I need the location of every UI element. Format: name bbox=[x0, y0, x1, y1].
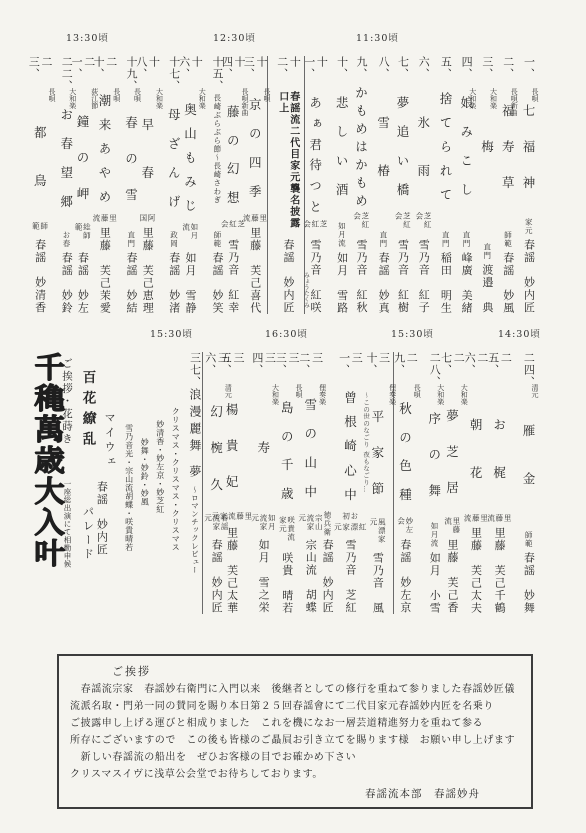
title-char: 四 bbox=[248, 156, 262, 169]
program-block-morning: 長唄一、七福神家元春謡 妙内匠長唄新曲二、福寿草師範春謡 妙風大和楽三、梅直門渡… bbox=[30, 56, 535, 314]
finale-column: 妙舞・妙鈴・妙風 bbox=[139, 352, 148, 700]
affiliation-label: お春 bbox=[62, 231, 70, 248]
title-char: 椀 bbox=[209, 441, 223, 454]
item-title: お春望郷 bbox=[59, 92, 73, 224]
affiliation-label: 里藤流 bbox=[486, 514, 511, 523]
title-char: 都 bbox=[32, 126, 46, 139]
performer-group: 師範春謡 妙笑 bbox=[210, 231, 223, 315]
item-title: 浪漫麗舞 夢 bbox=[188, 388, 201, 482]
genre-tag: 長唄新曲 bbox=[241, 88, 248, 116]
title-char: 春 bbox=[124, 116, 138, 129]
performer-name: 如月 雪路 bbox=[335, 252, 348, 315]
performer-group: 師範春謡 妙清香 bbox=[31, 222, 48, 314]
genre-tag: 荻江節 bbox=[90, 88, 97, 109]
genre-tag: 長唄 bbox=[133, 88, 140, 102]
program-item: 三五、楊貴妃里藤流家元里藤 芙己太華 bbox=[230, 352, 252, 614]
program-item: 大和楽十六、奥山もみじ如月流如月 雪静 bbox=[180, 56, 202, 314]
program-item: 七、夢追い橋芝紅会雪乃音 紅樹 bbox=[390, 56, 411, 314]
greeting-signature: 春謡流本部 春謡妙舟 bbox=[70, 786, 520, 801]
title-char: て bbox=[438, 188, 452, 201]
item-title: 朝花 bbox=[468, 382, 482, 514]
item-number: 三、 bbox=[480, 56, 493, 80]
affiliation-label: 如月流 bbox=[430, 522, 438, 548]
title-char: 根 bbox=[343, 415, 357, 428]
performer-group: 阿国里藤 芙己恵理 bbox=[139, 214, 156, 314]
performer-name: 春謡 妙鈴 bbox=[60, 252, 73, 315]
performer-group: 家元春謡 妙内匠 bbox=[522, 218, 535, 314]
title-char: し bbox=[334, 125, 348, 138]
performer-name: 如月 小雪 bbox=[428, 552, 441, 615]
affiliation-label: 如月流家元 bbox=[250, 514, 275, 535]
title-char: 椿 bbox=[376, 164, 390, 177]
title-char: ぁ bbox=[308, 117, 322, 130]
genre-tag: 大和楽 bbox=[460, 384, 467, 405]
affiliation-label: 直門 bbox=[441, 231, 449, 248]
item-title: 夢芝居 bbox=[445, 385, 459, 517]
title-char: の bbox=[226, 134, 240, 147]
performer-name: 春謡 妙笑 bbox=[210, 252, 223, 315]
title-char: の bbox=[280, 430, 294, 443]
finale-column: 雪乃音光・宗山流胡蝶・咲貴晴若 bbox=[124, 352, 133, 686]
performer-group: 芝紅会雪乃音 紅樹 bbox=[394, 212, 411, 314]
title-char: 京 bbox=[248, 98, 262, 111]
performer-name: 春謡 妙左京 bbox=[398, 539, 411, 614]
item-title: 幻椀久 bbox=[209, 382, 223, 514]
timestamp: 13:30頃 bbox=[66, 30, 109, 44]
item-number: 八、 bbox=[376, 56, 389, 80]
affiliation-label: 阿国 bbox=[139, 214, 156, 223]
furigana: みょうたくみ bbox=[301, 272, 310, 308]
performer-name: 里藤 芙己太夫 bbox=[469, 527, 482, 615]
title-char: め bbox=[354, 122, 368, 135]
title-char: の bbox=[398, 431, 412, 444]
finale-column: 三七、浪漫麗舞 夢〜ロマンチックレビュー bbox=[188, 352, 201, 614]
affiliation-label: 里藤流 bbox=[92, 214, 117, 223]
timestamp: 14:30頃 bbox=[498, 326, 541, 340]
affiliation-label: 師範 bbox=[31, 222, 48, 235]
title-char: 久 bbox=[209, 478, 223, 491]
performer-name: 春謡 妙舞 bbox=[522, 552, 535, 615]
title-char: 奥 bbox=[183, 103, 197, 116]
title-char: ら bbox=[438, 140, 452, 153]
item-number: 十二、 bbox=[275, 56, 300, 89]
affiliation-label: 直門 bbox=[462, 231, 470, 248]
item-number: 十一、 bbox=[302, 56, 327, 88]
performer-group: お初紅漂家元雪乃音 芝紅 bbox=[333, 512, 366, 614]
performer-group: 直門峰廣 美緒 bbox=[460, 231, 473, 315]
item-number: 三三、 bbox=[274, 352, 299, 384]
item-number: 三一、 bbox=[337, 352, 362, 380]
timestamp: 15:30頃 bbox=[150, 326, 193, 340]
title-char: 郷 bbox=[59, 195, 73, 208]
finale-cast-column: 妙舞・妙鈴・妙風 bbox=[134, 352, 148, 614]
item-number: 二四、 bbox=[522, 352, 535, 388]
title-char: 芝 bbox=[445, 445, 459, 458]
title-char: 雪 bbox=[376, 116, 390, 129]
greeting-box: ご挨拶 春謡流宗家 春謡妙右衛門に入門以来 後継者としての修行を重ねて参りました… bbox=[57, 654, 533, 809]
title-subtitle: 〜ロマンチックレビュー bbox=[190, 486, 198, 574]
item-title: 序の舞 bbox=[427, 388, 441, 520]
title-char: 中 bbox=[303, 485, 317, 498]
affiliation-label: 如月流 bbox=[337, 222, 345, 248]
program-item: 大和楽三四、寿如月流家元如月 雪之栄 bbox=[253, 352, 275, 614]
item-title: 寿 bbox=[256, 382, 270, 514]
genre-tag: 長唄 bbox=[48, 88, 55, 102]
title-char: 神 bbox=[521, 176, 535, 189]
title-char: 雪 bbox=[124, 188, 138, 201]
greeting-heading: ご挨拶 bbox=[112, 663, 520, 679]
finale-myway-column: マイウェイ春謡 妙内匠 bbox=[99, 352, 117, 614]
greeting-line: 新しい春謡流の船出を ぜひお客様の目でお確かめ下さい bbox=[70, 749, 520, 766]
affiliation-label: 芝紅会 bbox=[352, 212, 369, 235]
cast-names: 妙舞・妙鈴・妙風 bbox=[139, 438, 148, 506]
finale-parade-column: 百花繚乱パレード bbox=[77, 352, 98, 614]
item-title: 百花繚乱 bbox=[78, 370, 98, 452]
item-title: 雪椿 bbox=[376, 80, 390, 212]
title-char: 草 bbox=[500, 176, 514, 189]
performer-group: 風漂家元雪乃音 風 bbox=[369, 518, 386, 614]
program-item: 二五、お梶里藤流里藤 芙己千鶴 bbox=[489, 352, 511, 614]
item-number: 三六、 bbox=[203, 352, 228, 382]
title-char: 種 bbox=[398, 488, 412, 501]
performer-name: 稲田 明生 bbox=[439, 252, 452, 315]
title-char: 福 bbox=[521, 140, 535, 153]
item-title: お梶 bbox=[492, 382, 506, 514]
title-char: も bbox=[354, 176, 368, 189]
item-number: 二七、 bbox=[439, 352, 464, 385]
item-title: 春の雪 bbox=[124, 92, 138, 224]
performer-group: 直門稲田 明生 bbox=[439, 231, 452, 315]
item-title: 潮来あやめ bbox=[97, 82, 111, 214]
item-number: 二一、 bbox=[69, 56, 94, 91]
title-char: か bbox=[354, 158, 368, 171]
greeting-line: 所存にございますので この後も皆様のご贔屓お引き立てを賜ります様 お願い申し上げ… bbox=[70, 732, 520, 749]
performer-name: 渡邉 典 bbox=[480, 264, 493, 314]
item-title: 氷雨 bbox=[416, 80, 430, 212]
program-item: 俚奏楽三十、平家節風漂家元雪乃音 風 bbox=[368, 352, 394, 614]
title-char: 橋 bbox=[395, 183, 409, 196]
program-item: 五、捨てられて直門稲田 明生 bbox=[431, 56, 452, 314]
title-char: 待 bbox=[308, 158, 322, 171]
item-title: 平家節 bbox=[370, 386, 384, 518]
genre-tag: 大和楽 bbox=[68, 88, 75, 109]
performer-name: 雪乃音 紅子 bbox=[417, 239, 430, 314]
performer-group: 直門春謡 妙結 bbox=[124, 231, 137, 315]
genre-tag: 長唄 bbox=[263, 88, 270, 102]
program-block-afternoon: 清元二四、雁金師範春謡 妙舞二五、お梶里藤流里藤 芙己千鶴二六、朝花里藤流里藤 … bbox=[55, 352, 535, 614]
genre-tag: 大和楽 bbox=[155, 88, 162, 109]
item-title: 都鳥 bbox=[32, 90, 46, 222]
item-number: 一、 bbox=[522, 56, 535, 80]
title-char: あ bbox=[308, 96, 322, 109]
title-char: 捨 bbox=[438, 92, 452, 105]
program-item: 六、氷雨芝紅会雪乃音 紅子 bbox=[410, 56, 431, 314]
genre-tag: 清元 bbox=[531, 384, 538, 398]
title-char: 雨 bbox=[416, 164, 430, 177]
timestamp: 15:30頃 bbox=[391, 326, 434, 340]
title-char: 歳 bbox=[280, 487, 294, 500]
title-char: の bbox=[75, 151, 89, 164]
title-char: め bbox=[354, 194, 368, 207]
item-number: 二八、 bbox=[428, 352, 441, 388]
title-char: 幻 bbox=[209, 405, 223, 418]
performer-name: 春謡 妙清香 bbox=[33, 239, 46, 314]
performer-group: 如月流如月 小雪 bbox=[428, 522, 441, 614]
title-char: 鐘 bbox=[75, 115, 89, 128]
finale-column: 百花繚乱パレード bbox=[78, 352, 98, 614]
performer-name: 如月 雪静 bbox=[183, 252, 196, 315]
performer-name: 宗山流 胡蝶 bbox=[304, 539, 317, 614]
title-char: つ bbox=[308, 179, 322, 192]
performer-name: 春謡 妙左 bbox=[76, 252, 89, 315]
performer-name: 里藤 芙己千鶴 bbox=[492, 527, 505, 615]
title-char: お bbox=[492, 418, 506, 431]
affiliation-label: 里藤流 bbox=[463, 514, 488, 523]
item-title: 母ざんげ bbox=[167, 92, 181, 224]
title-char: の bbox=[248, 127, 262, 140]
item-column: 十七、母ざんげ政岡春謡 妙渚 bbox=[167, 56, 181, 314]
title-char: 島 bbox=[280, 401, 294, 414]
genre-tag: 長唄 bbox=[413, 384, 420, 398]
performer-group: 如月流如月 雪静 bbox=[181, 223, 198, 314]
item-title: 雁金 bbox=[521, 388, 535, 520]
title-char: 色 bbox=[398, 459, 412, 472]
item-title: かもめはかもめ bbox=[354, 80, 368, 212]
program-item: 清元二四、雁金師範春謡 妙舞 bbox=[513, 352, 535, 614]
title-char: の bbox=[303, 427, 317, 440]
item-number: 十六、 bbox=[177, 56, 202, 91]
item-subtitle: パレード bbox=[80, 506, 96, 562]
title-char: て bbox=[438, 116, 452, 129]
program-item: 大和楽四、娘みこし直門峰廣 美緒 bbox=[452, 56, 473, 314]
item-column: 七、夢追い橋芝紅会雪乃音 紅樹 bbox=[394, 56, 411, 314]
title-char: 心 bbox=[343, 464, 357, 477]
title-char: 鳥 bbox=[32, 174, 46, 187]
title-char: 朝 bbox=[468, 418, 482, 431]
item-number: 三二、 bbox=[297, 352, 322, 382]
title-char: こ bbox=[459, 154, 473, 167]
title-char: 曾 bbox=[343, 391, 357, 404]
performer-name: 春謡 妙渚 bbox=[167, 252, 180, 315]
program-item: 八、雪椿直門春謡 妙真 bbox=[369, 56, 390, 314]
title-char: れ bbox=[438, 164, 452, 177]
performer-group: 師範春謡 妙舞 bbox=[522, 531, 535, 615]
title-char: み bbox=[183, 175, 197, 188]
program-item: 清元三六、幻椀久春謡流家元春謡 妙内匠 bbox=[202, 352, 228, 614]
performer-name: 里藤 芙己香 bbox=[445, 539, 458, 614]
item-column: 二五、お梶里藤流里藤 芙己千鶴 bbox=[486, 352, 511, 614]
program-item: 大和楽二八、序の舞如月流如月 小雪 bbox=[419, 352, 441, 614]
title-char: 花 bbox=[468, 466, 482, 479]
title-char: し bbox=[459, 183, 473, 196]
title-char: 七 bbox=[521, 104, 535, 117]
item-title: 曾根崎心中 bbox=[343, 380, 357, 512]
title-char: の bbox=[124, 152, 138, 165]
item-column: 八、雪椿直門春謡 妙真 bbox=[376, 56, 390, 314]
recital-program-page: 13:30頃 12:30頃 11:30頃 15:30頃 16:30頃 15:30… bbox=[0, 0, 586, 833]
title-char: 雪 bbox=[303, 398, 317, 411]
title-char: 季 bbox=[248, 185, 262, 198]
title-char: ん bbox=[167, 166, 181, 179]
item-column: 十五、長崎ぶらぶら節〜長崎さわぎ師範春謡 妙笑 bbox=[210, 56, 223, 314]
title-char: か bbox=[354, 86, 368, 99]
title-char: 母 bbox=[167, 108, 181, 121]
item-number: 十五、 bbox=[210, 56, 223, 92]
genre-tag: 大和楽 bbox=[468, 88, 475, 109]
calligraphy-banner: 千穐萬歳大入叶 bbox=[27, 352, 70, 569]
item-column: 五、捨てられて直門稲田 明生 bbox=[438, 56, 452, 314]
title-char: 梶 bbox=[492, 466, 506, 479]
title-char: 千 bbox=[280, 458, 294, 471]
title-char: も bbox=[354, 104, 368, 117]
affiliation-label: 宗山流家元 bbox=[298, 514, 323, 535]
title-char: や bbox=[97, 166, 111, 179]
item-title: 夢追い橋 bbox=[395, 80, 409, 212]
performer-group: 咲貴流家元咲貴 晴若 bbox=[278, 516, 295, 614]
program-item: 大和楽二七、夢芝居里藤流里藤 芙己香 bbox=[442, 352, 464, 614]
cast-names: 妙清香・妙左京・妙芝紅 bbox=[155, 420, 164, 514]
performer-group: 里藤流里藤 芙己茉愛 bbox=[92, 214, 117, 314]
title-char: 家 bbox=[370, 446, 384, 459]
title-char: 幻 bbox=[226, 162, 240, 175]
performer-group: 里藤流里藤 芙己喜代 bbox=[242, 214, 267, 314]
item-number: 三七、 bbox=[188, 352, 201, 388]
performer-name: 里藤 芙己恵理 bbox=[141, 227, 154, 315]
title-char: み bbox=[459, 125, 473, 138]
performer-name: 雪乃音 紅幸 bbox=[226, 239, 239, 314]
affiliation-label: 師範 bbox=[213, 231, 221, 248]
title-char: 春 bbox=[140, 166, 154, 179]
item-number: 二五、 bbox=[486, 352, 511, 382]
item-title: 秋の色種 bbox=[398, 385, 412, 517]
performer-group: 如月流家元如月 雪之栄 bbox=[250, 514, 275, 614]
title-char: 君 bbox=[308, 138, 322, 151]
performer-name: 如月 雪之栄 bbox=[257, 539, 270, 614]
item-number: 十七、 bbox=[167, 56, 180, 92]
performer-name: 春謡 妙真 bbox=[376, 252, 389, 315]
program-item: 長唄二九、秋の色種妙左会春謡 妙左京 bbox=[395, 352, 417, 614]
title-char: 岬 bbox=[75, 187, 89, 200]
program-item: 長唄二三、都鳥師範春謡 妙清香 bbox=[30, 56, 52, 314]
genre-tag: 長唄新曲 bbox=[510, 88, 517, 116]
performer-group: 妙左会春謡 妙左京 bbox=[396, 517, 413, 614]
title-char: あ bbox=[97, 142, 111, 155]
performer-group: 春謡流家元春謡 妙内匠 bbox=[203, 514, 228, 614]
affiliation-label: 妙左会 bbox=[396, 517, 413, 535]
performer-name: 春謡 妙結 bbox=[124, 252, 137, 315]
genre-tag: 長唄 bbox=[112, 88, 119, 102]
performer-name: 春謡 妙内匠 bbox=[281, 239, 294, 314]
genre-tag: 大和楽 bbox=[198, 88, 205, 109]
performer-name: 雪乃音 紅秋 bbox=[354, 239, 367, 314]
performer-group: 春謡 妙内匠 bbox=[281, 239, 294, 314]
program-item: 十、悲しい酒如月流如月 雪路 bbox=[327, 56, 348, 314]
performer-name: 雪乃音 風 bbox=[371, 552, 384, 615]
program-item: 〜この世のなごり 夜もなごり…三一、曾根崎心中お初紅漂家元雪乃音 芝紅徳兵衛春謡… bbox=[324, 352, 366, 614]
genre-tag: 大和楽 bbox=[436, 384, 443, 405]
title-char: 寿 bbox=[256, 441, 270, 454]
item-column: 九、かもめはかもめ芝紅会雪乃音 紅秋 bbox=[352, 56, 369, 314]
performer-name: 雪乃音 芝紅 bbox=[343, 539, 356, 614]
finale-column: 妙清香・妙左京・妙芝紅 bbox=[155, 352, 164, 682]
title-char: 追 bbox=[395, 125, 409, 138]
affiliation-label: 総師範 bbox=[74, 223, 91, 247]
title-char: げ bbox=[167, 195, 181, 208]
item-number: 五、 bbox=[439, 56, 452, 80]
performer-name: 春謡 妙内匠 bbox=[522, 239, 535, 314]
performer-group: 直門春謡 妙真 bbox=[376, 231, 389, 315]
affiliation-label: 如月流 bbox=[181, 223, 198, 247]
performer-group: 直門渡邉 典 bbox=[480, 243, 493, 314]
performer-group: 芝紅会雪乃音 紅子 bbox=[415, 212, 432, 314]
cast-names: 雪乃音光・宗山流胡蝶・咲貴晴若 bbox=[124, 424, 133, 552]
affiliation-label: 師範 bbox=[503, 231, 511, 248]
title-char: 寿 bbox=[500, 140, 514, 153]
title-char: い bbox=[395, 154, 409, 167]
item-title: 島の千歳 bbox=[280, 384, 294, 516]
affiliation-label: 芝紅会 bbox=[394, 212, 411, 235]
greeting-body: 春謡流宗家 春謡妙右衛門に入門以来 後継者としての修行を重ねて参りました春謡妙匠… bbox=[70, 681, 520, 783]
timestamp: 16:30頃 bbox=[265, 326, 308, 340]
title-char: 氷 bbox=[416, 116, 430, 129]
item-number: 二、 bbox=[501, 56, 514, 80]
title-char: 潮 bbox=[97, 94, 111, 107]
genre-tag: 大和楽 bbox=[489, 88, 496, 109]
finale-column: クリスマス・クリスマス・クリスマス bbox=[170, 352, 179, 669]
genre-tag: 長唄 bbox=[531, 88, 538, 102]
item-number: 二六、 bbox=[463, 352, 488, 382]
genre-tag: 長唄 bbox=[295, 384, 302, 398]
title-char: 酒 bbox=[334, 183, 348, 196]
program-item: 長唄三三、島の千歳咲貴流家元咲貴 晴若 bbox=[277, 352, 299, 614]
item-number: 二九、 bbox=[392, 352, 417, 385]
performer-group: 里藤流里藤 芙己香 bbox=[443, 517, 460, 614]
title-char: 藤 bbox=[226, 105, 240, 118]
item-title: 奥山もみじ bbox=[183, 91, 197, 223]
item-number: 九、 bbox=[354, 56, 367, 80]
program-item: 九、かもめはかもめ芝紅会雪乃音 紅秋 bbox=[348, 56, 369, 314]
performer-name: 春謡 妙内匠 bbox=[209, 539, 222, 614]
affiliation-label: 紅漂家元 bbox=[333, 523, 366, 535]
item-title: 捨てられて bbox=[438, 80, 452, 212]
genre-tag: 大和楽 bbox=[271, 384, 278, 405]
role-label: お初 bbox=[341, 512, 358, 521]
timestamp: 12:30頃 bbox=[213, 30, 256, 44]
title-char: と bbox=[308, 200, 322, 213]
item-title: 早春 bbox=[140, 82, 154, 214]
item-title: 京の四季 bbox=[248, 82, 262, 214]
performer-group: お春春謡 妙鈴 bbox=[60, 231, 73, 315]
performer-group: 師範春謡 妙風 bbox=[501, 231, 514, 315]
affiliation-label: 芝紅会 bbox=[415, 212, 432, 235]
item-number: 三十、 bbox=[364, 352, 389, 386]
item-number: 三四、 bbox=[250, 352, 275, 382]
title-char: 春 bbox=[59, 137, 73, 150]
item-number: 四、 bbox=[460, 56, 473, 80]
affiliation-label: 芝紅会 bbox=[220, 220, 245, 235]
title-char: 金 bbox=[521, 472, 535, 485]
item-number: 十、 bbox=[335, 56, 348, 80]
item-number: 二三、 bbox=[27, 56, 52, 90]
performer-group: 政岡春謡 妙渚 bbox=[167, 231, 180, 315]
title-char: お bbox=[59, 108, 73, 121]
affiliation-label: 直門 bbox=[482, 243, 490, 260]
title-char: 舞 bbox=[427, 484, 441, 497]
item-number: 十八、 bbox=[134, 56, 159, 82]
title-char: い bbox=[334, 154, 348, 167]
item-title: 鐘の岬 bbox=[75, 91, 89, 223]
affiliation-label: 師範 bbox=[524, 531, 532, 548]
